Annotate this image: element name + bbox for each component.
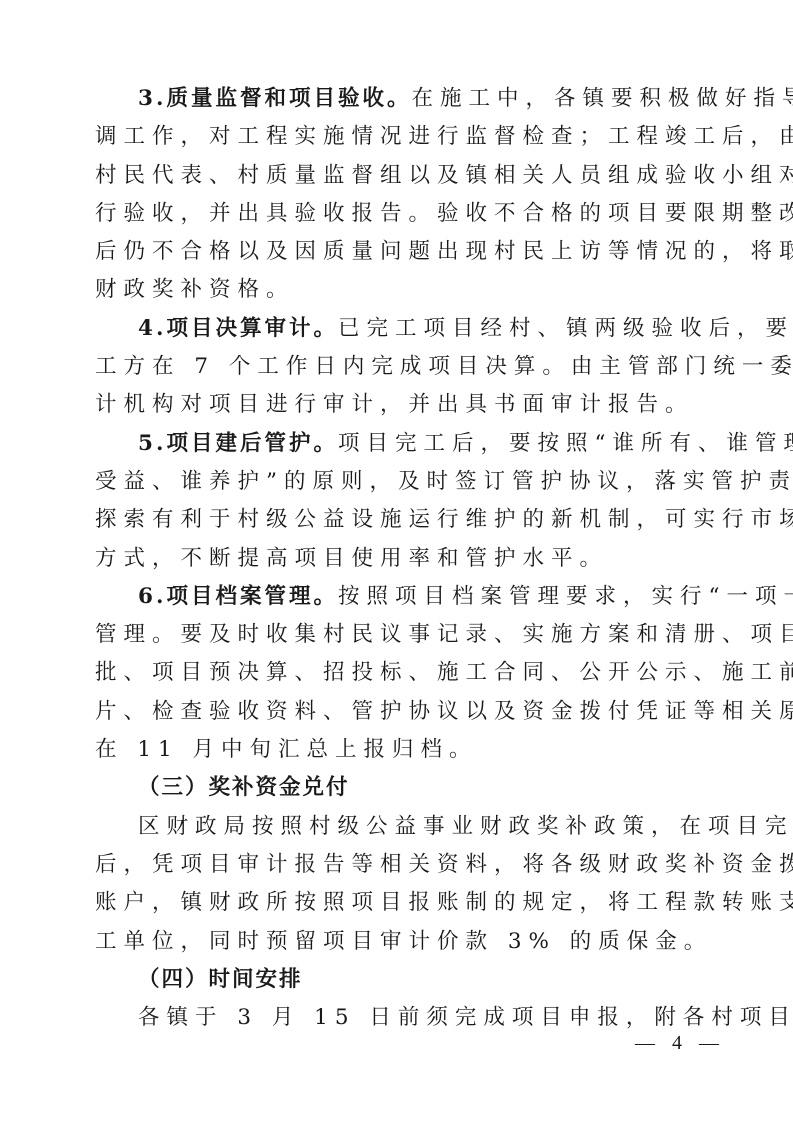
paragraph-5-line-3: 探索有利于村级公益设施运行维护的新机制，可实行市场化运作 (95, 501, 699, 539)
paragraph-3-lead: 3.质量监督和项目验收。 (138, 86, 411, 111)
section-3-heading: （三）奖补资金兑付 (95, 769, 699, 807)
paragraph-4-text: 已完工项目经村、镇两级验收后，要督促施 (338, 316, 793, 341)
paragraph-4-lead: 4.项目决算审计。 (138, 316, 338, 341)
paragraph-4-line-3: 计机构对项目进行审计，并出具书面审计报告。 (95, 386, 699, 424)
paragraph-6-line-4: 片、检查验收资料、管护协议以及资金拨付凭证等相关原始资料， (95, 693, 699, 731)
paragraph-3-line-6: 财政奖补资格。 (95, 271, 699, 309)
paragraph-5-line-2: 受益、谁养护”的原则，及时签订管护协议，落实管护责任。积极 (95, 463, 699, 501)
paragraph-4-line-1: 4.项目决算审计。已完工项目经村、镇两级验收后，要督促施 (95, 310, 699, 348)
section-3-line-3: 账户，镇财政所按照项目报账制的规定，将工程款转账支付给施 (95, 884, 699, 922)
page-number: — 4 — (635, 1032, 725, 1055)
paragraph-3-line-4: 行验收，并出具验收报告。验收不合格的项目要限期整改，整改 (95, 195, 699, 233)
paragraph-6-line-1: 6.项目档案管理。按照项目档案管理要求，实行“一项一档” (95, 578, 699, 616)
paragraph-3-line-2: 调工作，对工程实施情况进行监督检查；工程竣工后，由村两委、 (95, 118, 699, 156)
paragraph-6-line-2: 管理。要及时收集村民议事记录、实施方案和清册、项目申报审 (95, 616, 699, 654)
section-4-line-1: 各镇于 3 月 15 日前须完成项目申报，附各村项目申报表，区 (95, 999, 699, 1037)
paragraph-5-text: 项目完工后，要按照“谁所有、谁管理，谁 (338, 431, 793, 456)
document-page: 3.质量监督和项目验收。在施工中，各镇要积极做好指导、协 调工作，对工程实施情况… (95, 80, 699, 1037)
paragraph-6-line-5: 在 11 月中旬汇总上报归档。 (95, 731, 699, 769)
section-3-line-1: 区财政局按照村级公益事业财政奖补政策，在项目完工验收 (95, 808, 699, 846)
paragraph-3-line-5: 后仍不合格以及因质量问题出现村民上访等情况的，将取消项目 (95, 233, 699, 271)
paragraph-3-line-1: 3.质量监督和项目验收。在施工中，各镇要积极做好指导、协 (95, 80, 699, 118)
section-4-heading: （四）时间安排 (95, 961, 699, 999)
section-3-line-2: 后，凭项目审计报告等相关资料，将各级财政奖补资金拨付镇级 (95, 846, 699, 884)
paragraph-5-line-4: 方式，不断提高项目使用率和管护水平。 (95, 540, 699, 578)
paragraph-6-line-3: 批、项目预决算、招投标、施工合同、公开公示、施工前中后图 (95, 654, 699, 692)
paragraph-6-lead: 6.项目档案管理。 (138, 584, 338, 609)
section-3-line-4: 工单位，同时预留项目审计价款 3% 的质保金。 (95, 923, 699, 961)
paragraph-5-lead: 5.项目建后管护。 (138, 431, 338, 456)
paragraph-5-line-1: 5.项目建后管护。项目完工后，要按照“谁所有、谁管理，谁 (95, 425, 699, 463)
paragraph-6-text: 按照项目档案管理要求，实行“一项一档” (338, 584, 793, 609)
paragraph-3-line-3: 村民代表、村质量监督组以及镇相关人员组成验收小组对项目进 (95, 157, 699, 195)
paragraph-4-line-2: 工方在 7 个工作日内完成项目决算。由主管部门统一委托工程审 (95, 348, 699, 386)
paragraph-3-text: 在施工中，各镇要积极做好指导、协 (411, 86, 793, 111)
